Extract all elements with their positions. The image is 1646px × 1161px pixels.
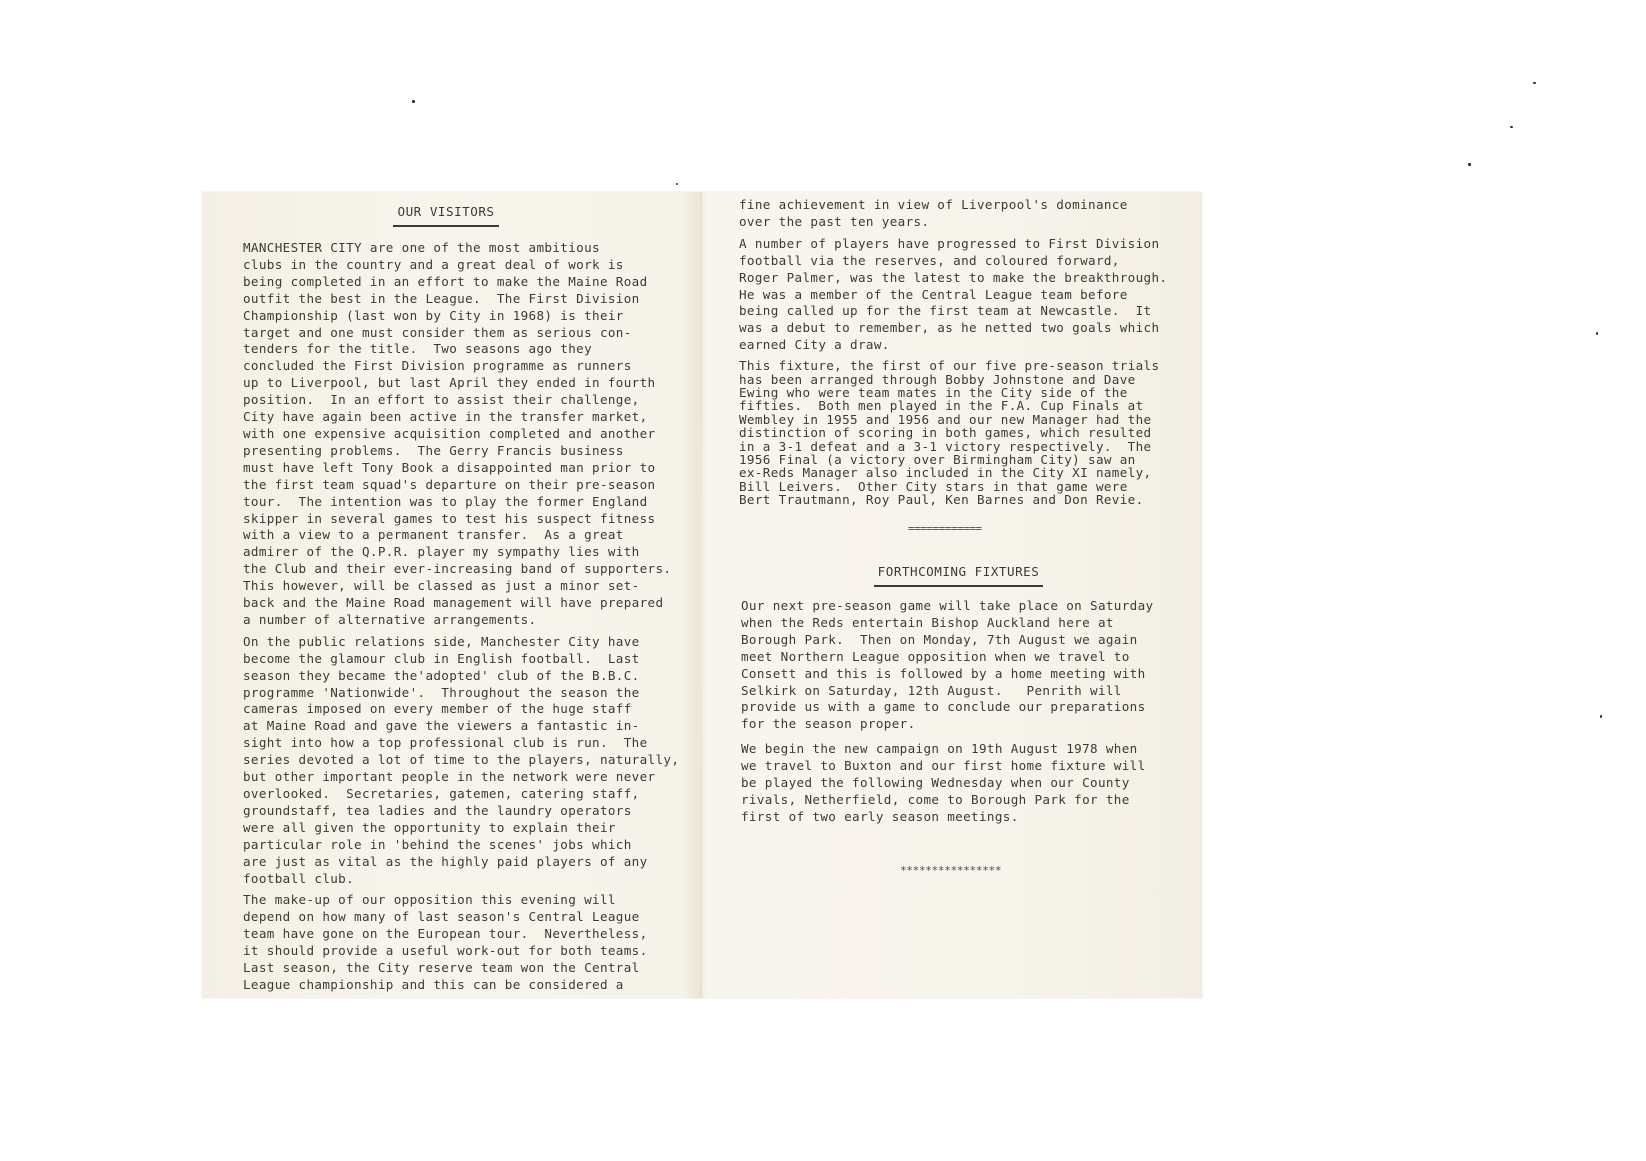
paragraph-roger-palmer: A number of players have progressed to F… — [739, 236, 1189, 354]
section-divider: ============ — [908, 522, 981, 535]
forthcoming-fixtures-heading: FORTHCOMING FIXTURES — [874, 564, 1043, 587]
scan-speck — [412, 100, 415, 103]
scan-speck — [1596, 332, 1598, 335]
paragraph-new-campaign: We begin the new campaign on 19th August… — [741, 741, 1191, 826]
our-visitors-heading: OUR VISITORS — [393, 204, 499, 227]
paragraph-fixture-history: This fixture, the first of our five pre-… — [739, 359, 1189, 506]
paragraph-public-relations: On the public relations side, Manchester… — [243, 634, 683, 888]
paragraph-pre-season-games: Our next pre-season game will take place… — [741, 598, 1191, 733]
heading-underline — [393, 225, 499, 227]
page-fold — [700, 192, 702, 998]
scan-speck — [1533, 82, 1536, 84]
programme-page-scan: OUR VISITORS MANCHESTER CITY are one of … — [202, 192, 1202, 998]
scan-speck — [1510, 126, 1513, 128]
right-column-top: fine achievement in view of Liverpool's … — [739, 197, 1189, 507]
paragraph-opposition: The make-up of our opposition this eveni… — [243, 892, 683, 993]
scan-speck — [676, 183, 678, 185]
heading-text: OUR VISITORS — [398, 204, 495, 219]
right-column-bottom: Our next pre-season game will take place… — [741, 598, 1191, 826]
paragraph-manchester-city-intro: MANCHESTER CITY are one of the most ambi… — [243, 240, 683, 629]
heading-underline — [874, 585, 1043, 587]
scan-speck — [1468, 163, 1471, 166]
paragraph-continued: fine achievement in view of Liverpool's … — [739, 197, 1189, 231]
scan-speck — [1600, 715, 1602, 718]
end-mark: **************** — [900, 864, 1001, 877]
heading-text: FORTHCOMING FIXTURES — [878, 564, 1040, 579]
left-column: MANCHESTER CITY are one of the most ambi… — [243, 240, 683, 994]
